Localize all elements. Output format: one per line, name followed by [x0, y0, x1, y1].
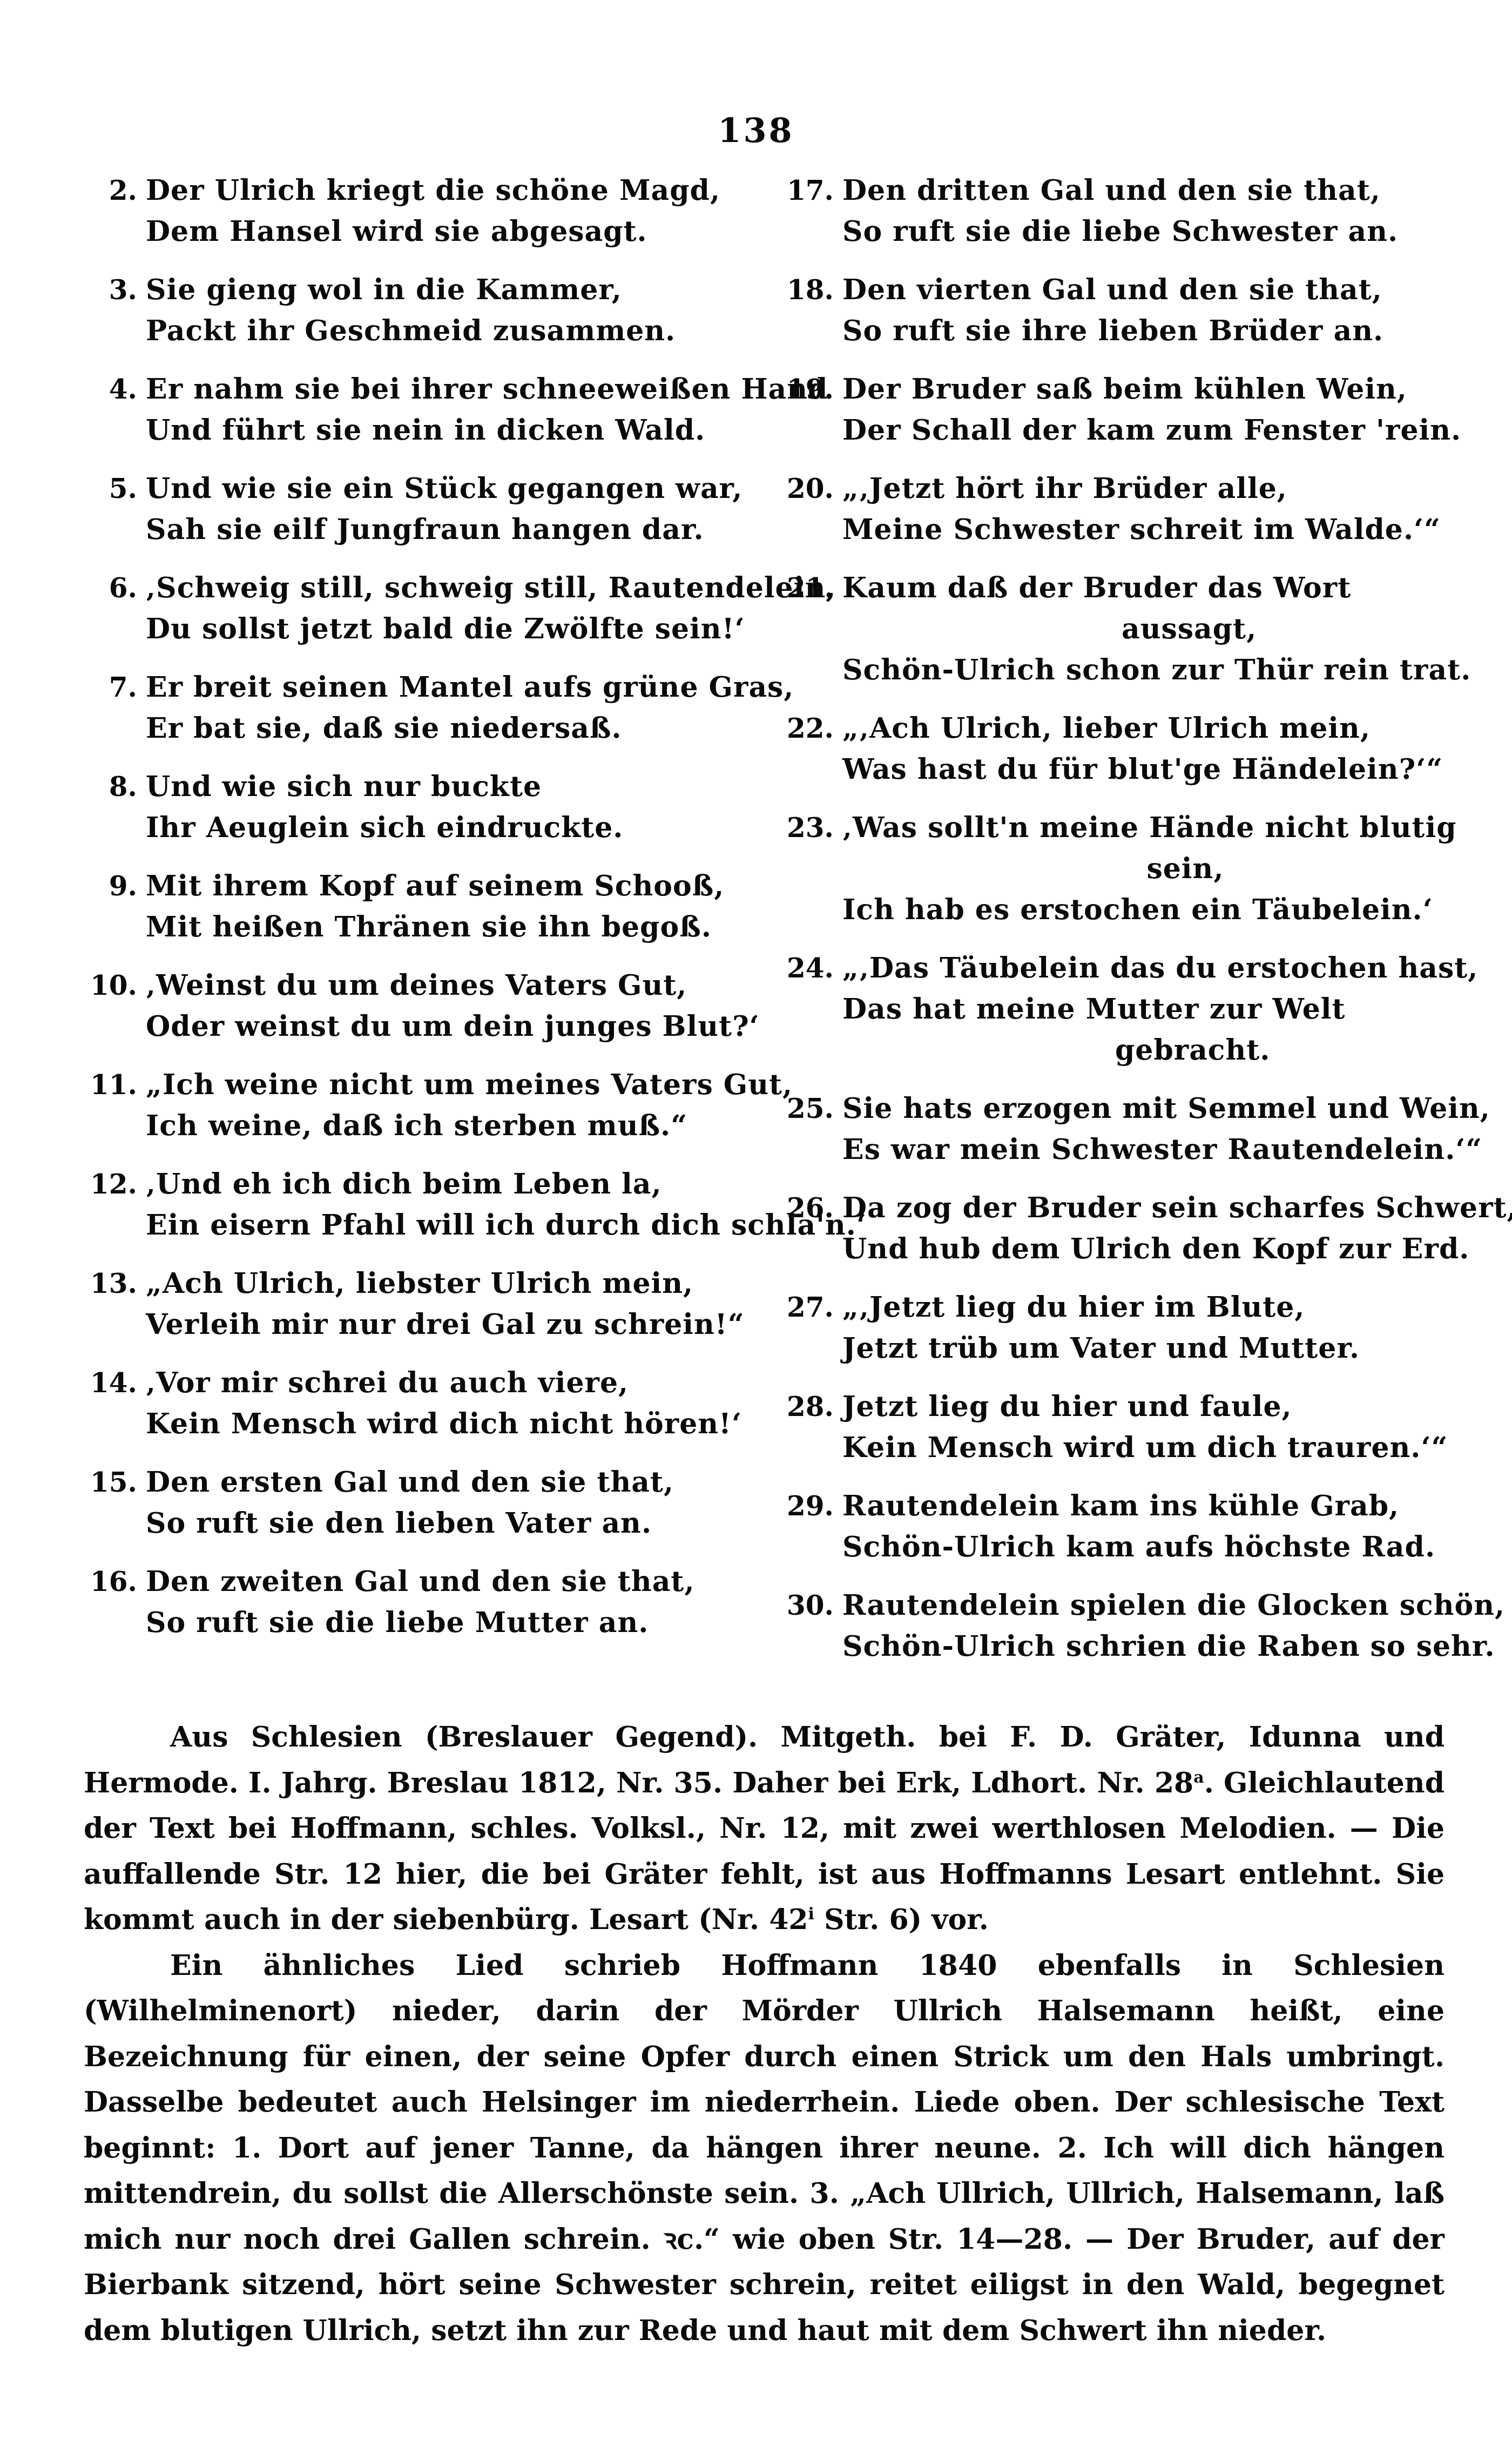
- stanza: 6. ‚Schweig still, schweig still, Rauten…: [70, 568, 767, 650]
- stanza: 20. „‚Jetzt hört ihr Brüder alle, Meine …: [767, 468, 1463, 550]
- verse-line: Packt ihr Geschmeid zusammen.: [146, 311, 767, 352]
- verse-line: Und wie sie ein Stück gegangen war,: [146, 468, 767, 509]
- verse-line: Mit ihrem Kopf auf seinem Schooß,: [146, 866, 767, 907]
- commentary-notes: Aus Schlesien (Breslauer Gegend). Mitget…: [84, 1715, 1444, 2353]
- verse-line: ‚Und eh ich dich beim Leben la,: [146, 1164, 867, 1205]
- stanza-number: 24.: [767, 948, 842, 989]
- verse-line: Du sollst jetzt bald die Zwölfte sein!‘: [146, 609, 836, 650]
- superscript: i: [808, 1905, 814, 1924]
- verse-line: Oder weinst du um dein junges Blut?‘: [146, 1006, 767, 1047]
- stanza: 30. Rautendelein spielen die Glocken sch…: [767, 1585, 1463, 1667]
- stanza: 22. „‚Ach Ulrich, lieber Ulrich mein, Wa…: [767, 708, 1463, 790]
- verse-line: Das hat meine Mutter zur Welt: [842, 989, 1478, 1030]
- stanza-number: 25.: [767, 1088, 842, 1129]
- verse-line: Verleih mir nur drei Gal zu schrein!“: [146, 1304, 767, 1345]
- stanza: 29. Rautendelein kam ins kühle Grab, Sch…: [767, 1486, 1463, 1568]
- stanza: 4. Er nahm sie bei ihrer schneeweißen Ha…: [70, 369, 767, 451]
- verse-line: „‚Das Täubelein das du erstochen hast,: [842, 948, 1478, 989]
- verse-line: Ein eisern Pfahl will ich durch dich sch…: [146, 1205, 867, 1246]
- stanza-number: 11.: [70, 1064, 146, 1105]
- notes-paragraph-variant: Ein ähnliches Lied schrieb Hoffmann 1840…: [84, 1943, 1444, 2354]
- stanza-number: 12.: [70, 1164, 146, 1205]
- verse-line: Rautendelein kam ins kühle Grab,: [842, 1486, 1463, 1527]
- stanza-number: 15.: [70, 1462, 146, 1503]
- verse-line: Da zog der Bruder sein scharfes Schwert,: [842, 1188, 1512, 1229]
- verse-line: Ihr Aeuglein sich eindruckte.: [146, 807, 767, 848]
- notes-paragraph-source: Aus Schlesien (Breslauer Gegend). Mitget…: [84, 1715, 1444, 1943]
- verse-line: Der Schall der kam zum Fenster 'rein.: [842, 410, 1463, 451]
- verse-line: Ich weine, daß ich sterben muß.“: [146, 1105, 793, 1147]
- verse-line: Der Ulrich kriegt die schöne Magd,: [146, 170, 767, 211]
- verse-line: Kein Mensch wird dich nicht hören!‘: [146, 1404, 767, 1445]
- stanza-number: 8.: [70, 766, 146, 807]
- verse-line: Sah sie eilf Jungfraun hangen dar.: [146, 509, 767, 550]
- verse-line: Und wie sich nur buckte: [146, 766, 767, 807]
- verse-line: Und hub dem Ulrich den Kopf zur Erd.: [842, 1229, 1512, 1270]
- stanza: 24. „‚Das Täubelein das du erstochen has…: [767, 948, 1463, 1071]
- verse-line: Ich hab es erstochen ein Täubelein.‘: [842, 889, 1463, 930]
- verse-line: ‚Was sollt'n meine Hände nicht blutig: [842, 807, 1463, 848]
- verse-line: „Ach Ulrich, liebster Ulrich mein,: [146, 1263, 767, 1304]
- stanza: 9. Mit ihrem Kopf auf seinem Schooß, Mit…: [70, 866, 767, 948]
- verse-column-left: 2. Der Ulrich kriegt die schöne Magd, De…: [70, 170, 767, 1661]
- verse-line: Jetzt trüb um Vater und Mutter.: [842, 1328, 1463, 1369]
- stanza-number: 6.: [70, 568, 146, 609]
- verse-line: Er breit seinen Mantel aufs grüne Gras,: [146, 667, 794, 708]
- stanza-number: 3.: [70, 269, 146, 311]
- verse-line: Rautendelein spielen die Glocken schön,: [842, 1585, 1505, 1626]
- verse-line: Den vierten Gal und den sie that,: [842, 269, 1463, 311]
- stanza-number: 2.: [70, 170, 146, 211]
- stanza-number: 4.: [70, 369, 146, 410]
- verse-line-continuation: aussagt,: [842, 609, 1471, 650]
- stanza-number: 17.: [767, 170, 842, 211]
- superscript: a: [1193, 1768, 1204, 1786]
- stanza-number: 13.: [70, 1263, 146, 1304]
- stanza: 3. Sie gieng wol in die Kammer, Packt ih…: [70, 269, 767, 352]
- verse-line: Kein Mensch wird um dich trauren.‘“: [842, 1427, 1463, 1468]
- stanza: 14. ‚Vor mir schrei du auch viere, Kein …: [70, 1363, 767, 1445]
- verse-line: ‚Weinst du um deines Vaters Gut,: [146, 965, 767, 1006]
- verse-line: So ruft sie die liebe Schwester an.: [842, 211, 1463, 252]
- stanza: 10. ‚Weinst du um deines Vaters Gut, Ode…: [70, 965, 767, 1047]
- verse-line: Es war mein Schwester Rautendelein.‘“: [842, 1129, 1490, 1170]
- stanza: 19. Der Bruder saß beim kühlen Wein, Der…: [767, 369, 1463, 451]
- stanza-number: 23.: [767, 807, 842, 848]
- verse-line: Sie gieng wol in die Kammer,: [146, 269, 767, 311]
- stanza-number: 26.: [767, 1188, 842, 1229]
- verse-line: Der Bruder saß beim kühlen Wein,: [842, 369, 1463, 410]
- verse-line: So ruft sie den lieben Vater an.: [146, 1503, 767, 1544]
- verse-line: Er nahm sie bei ihrer schneeweißen Hand: [146, 369, 828, 410]
- stanza: 8. Und wie sich nur buckte Ihr Aeuglein …: [70, 766, 767, 848]
- stanza-number: 5.: [70, 468, 146, 509]
- stanza-number: 9.: [70, 866, 146, 907]
- stanza: 5. Und wie sie ein Stück gegangen war, S…: [70, 468, 767, 550]
- stanza: 12. ‚Und eh ich dich beim Leben la, Ein …: [70, 1164, 767, 1246]
- verse-line: So ruft sie ihre lieben Brüder an.: [842, 311, 1463, 352]
- stanza: 16. Den zweiten Gal und den sie that, So…: [70, 1561, 767, 1643]
- stanza: 13. „Ach Ulrich, liebster Ulrich mein, V…: [70, 1263, 767, 1345]
- stanza: 11. „Ich weine nicht um meines Vaters Gu…: [70, 1064, 767, 1147]
- stanza-number: 18.: [767, 269, 842, 311]
- stanza-number: 28.: [767, 1386, 842, 1427]
- verse-line: Den dritten Gal und den sie that,: [842, 170, 1463, 211]
- verse-line: ‚Schweig still, schweig still, Rautendel…: [146, 568, 836, 609]
- verse-line-continuation: gebracht.: [842, 1030, 1478, 1071]
- verse-line: Jetzt lieg du hier und faule,: [842, 1386, 1463, 1427]
- verse-line: So ruft sie die liebe Mutter an.: [146, 1602, 767, 1643]
- stanza-number: 30.: [767, 1585, 842, 1626]
- verse-line: „Ich weine nicht um meines Vaters Gut,: [146, 1064, 793, 1105]
- stanza: 15. Den ersten Gal und den sie that, So …: [70, 1462, 767, 1544]
- stanza-number: 19.: [767, 369, 842, 410]
- verse-line: Den zweiten Gal und den sie that,: [146, 1561, 767, 1602]
- verse-column-right: 17. Den dritten Gal und den sie that, So…: [767, 170, 1463, 1684]
- verse-line: Kaum daß der Bruder das Wort: [842, 568, 1471, 609]
- stanza-number: 10.: [70, 965, 146, 1006]
- verse-line: Was hast du für blut'ge Händelein?‘“: [842, 749, 1463, 790]
- verse-line: Sie hats erzogen mit Semmel und Wein,: [842, 1088, 1490, 1129]
- verse-line: Schön-Ulrich schon zur Thür rein trat.: [842, 650, 1471, 691]
- stanza: 2. Der Ulrich kriegt die schöne Magd, De…: [70, 170, 767, 252]
- verse-line: Meine Schwester schreit im Walde.‘“: [842, 509, 1463, 550]
- stanza: 26. Da zog der Bruder sein scharfes Schw…: [767, 1188, 1463, 1270]
- verse-line: „‚Jetzt lieg du hier im Blute,: [842, 1287, 1463, 1328]
- stanza: 27. „‚Jetzt lieg du hier im Blute, Jetzt…: [767, 1287, 1463, 1369]
- stanza: 7. Er breit seinen Mantel aufs grüne Gra…: [70, 667, 767, 749]
- stanza-number: 20.: [767, 468, 842, 509]
- stanza: 18. Den vierten Gal und den sie that, So…: [767, 269, 1463, 352]
- verse-line-continuation: sein,: [842, 848, 1463, 889]
- stanza: 23. ‚Was sollt'n meine Hände nicht bluti…: [767, 807, 1463, 930]
- stanza: 17. Den dritten Gal und den sie that, So…: [767, 170, 1463, 252]
- notes-text: Str. 6) vor.: [814, 1903, 989, 1936]
- stanza-number: 27.: [767, 1287, 842, 1328]
- stanza: 21. Kaum daß der Bruder das Wort aussagt…: [767, 568, 1463, 691]
- verse-line: Schön-Ulrich schrien die Raben so sehr.: [842, 1626, 1505, 1667]
- stanza-number: 22.: [767, 708, 842, 749]
- stanza-number: 21.: [767, 568, 842, 609]
- stanza-number: 14.: [70, 1363, 146, 1404]
- stanza-number: 29.: [767, 1486, 842, 1527]
- stanza: 25. Sie hats erzogen mit Semmel und Wein…: [767, 1088, 1463, 1170]
- verse-line: „‚Ach Ulrich, lieber Ulrich mein,: [842, 708, 1463, 749]
- stanza-number: 16.: [70, 1561, 146, 1602]
- verse-line: ‚Vor mir schrei du auch viere,: [146, 1363, 767, 1404]
- verse-line: Mit heißen Thränen sie ihn begoß.: [146, 907, 767, 948]
- verse-line: Dem Hansel wird sie abgesagt.: [146, 211, 767, 252]
- page-number: 138: [0, 111, 1512, 150]
- stanza-number: 7.: [70, 667, 146, 708]
- verse-line: Den ersten Gal und den sie that,: [146, 1462, 767, 1503]
- stanza: 28. Jetzt lieg du hier und faule, Kein M…: [767, 1386, 1463, 1468]
- verse-line: Er bat sie, daß sie niedersaß.: [146, 708, 794, 749]
- verse-line: „‚Jetzt hört ihr Brüder alle,: [842, 468, 1463, 509]
- verse-line: Schön-Ulrich kam aufs höchste Rad.: [842, 1527, 1463, 1568]
- verse-line: Und führt sie nein in dicken Wald.: [146, 410, 828, 451]
